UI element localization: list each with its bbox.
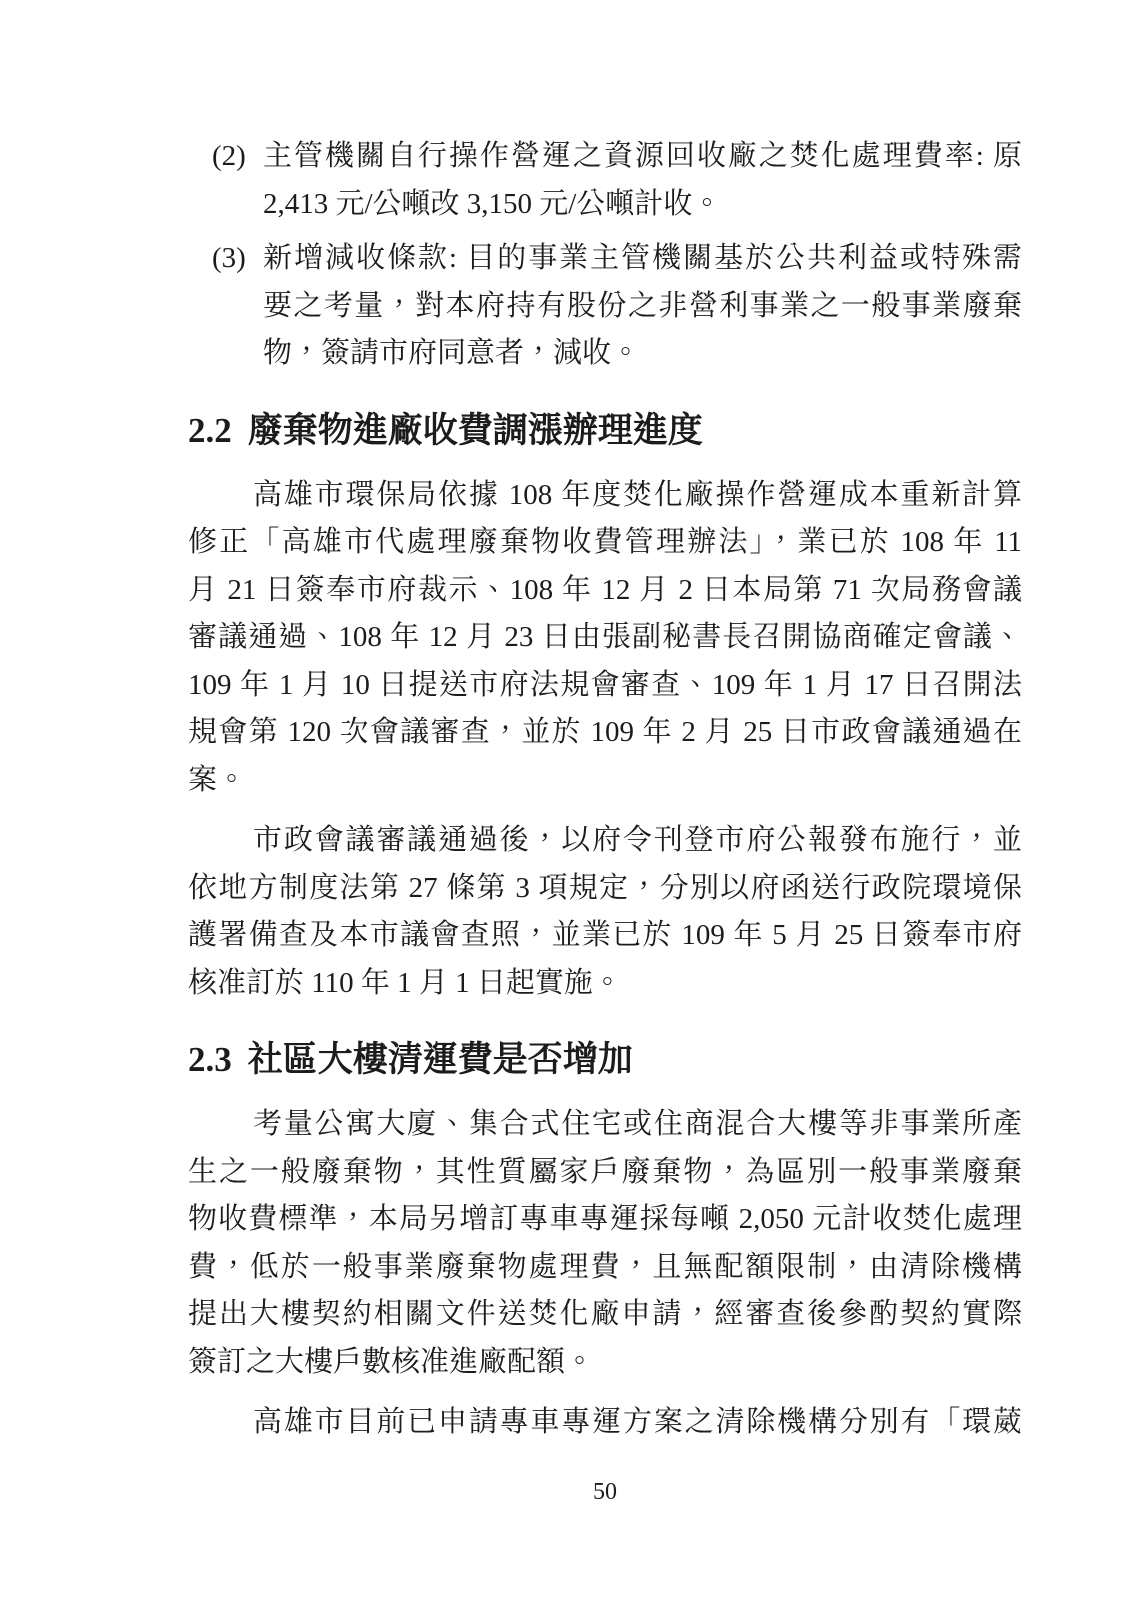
heading-number: 2.2 <box>188 411 232 450</box>
paragraph-line: 護署備查及本市議會查照，並業已於 109 年 5 月 25 日簽奉市府 <box>188 912 1022 960</box>
list-item-line: 2,413 元/公噸改 3,150 元/公噸計收。 <box>263 181 1022 229</box>
paragraph-line: 市政會議審議通過後，以府令刊登市府公報發布施行，並 <box>188 817 1022 865</box>
list-item-marker: (2) <box>212 133 246 181</box>
section-heading-2-3: 2.3社區大樓清運費是否增加 <box>188 1038 1022 1082</box>
paragraph-line: 提出大樓契約相關文件送焚化廠申請，經審查後參酌契約實際 <box>188 1291 1022 1339</box>
paragraph-line: 考量公寓大廈、集合式住宅或住商混合大樓等非事業所產 <box>188 1101 1022 1149</box>
heading-number: 2.3 <box>188 1040 232 1079</box>
paragraph-line: 審議通過、108 年 12 月 23 日由張副秘書長召開協商確定會議、 <box>188 614 1022 662</box>
paragraph-line: 物收費標準，本局另增訂專車專運採每噸 2,050 元計收焚化處理 <box>188 1196 1022 1244</box>
list-item-line: 要之考量，對本府持有股份之非營利事業之一般事業廢棄 <box>263 283 1022 331</box>
document-body: (2) 主管機關自行操作營運之資源回收廠之焚化處理費率: 原 2,413 元/公… <box>188 133 1022 1506</box>
paragraph-2-2-progress: 高雄市環保局依據 108 年度焚化廠操作營運成本重新計算 修正「高雄市代處理廢棄… <box>188 472 1022 805</box>
paragraph-line: 依地方制度法第 27 條第 3 項規定，分別以府函送行政院環境保 <box>188 865 1022 913</box>
list-item-line: 新增減收條款: 目的事業主管機關基於公共利益或特殊需 <box>263 235 1022 283</box>
page-number: 50 <box>188 1478 1022 1506</box>
list-item-2: (2) 主管機關自行操作營運之資源回收廠之焚化處理費率: 原 2,413 元/公… <box>188 133 1022 228</box>
paragraph-line: 案。 <box>188 757 1022 805</box>
paragraph-line: 核准訂於 110 年 1 月 1 日起實施。 <box>188 960 1022 1008</box>
numbered-list: (2) 主管機關自行操作營運之資源回收廠之焚化處理費率: 原 2,413 元/公… <box>188 133 1022 378</box>
paragraph-2-3-community-fee: 考量公寓大廈、集合式住宅或住商混合大樓等非事業所產 生之一般廢棄物，其性質屬家戶… <box>188 1101 1022 1386</box>
heading-title: 廢棄物進廠收費調漲辦理進度 <box>248 411 703 450</box>
list-item-3: (3) 新增減收條款: 目的事業主管機關基於公共利益或特殊需 要之考量，對本府持… <box>188 235 1022 378</box>
list-item-line: 物，簽請市府同意者，減收。 <box>263 330 1022 378</box>
paragraph-line: 規會第 120 次會議審查，並於 109 年 2 月 25 日市政會議通過在 <box>188 709 1022 757</box>
paragraph-line: 月 21 日簽奉市府裁示、108 年 12 月 2 日本局第 71 次局務會議 <box>188 567 1022 615</box>
paragraph-line: 109 年 1 月 10 日提送市府法規會審查、109 年 1 月 17 日召開… <box>188 662 1022 710</box>
paragraph-2-3-applicants: 高雄市目前已申請專車專運方案之清除機構分別有「環葳 <box>188 1399 1022 1447</box>
paragraph-line: 修正「高雄市代處理廢棄物收費管理辦法」，業已於 108 年 11 <box>188 519 1022 567</box>
paragraph-line: 高雄市目前已申請專車專運方案之清除機構分別有「環葳 <box>188 1399 1022 1447</box>
section-heading-2-2: 2.2廢棄物進廠收費調漲辦理進度 <box>188 409 1022 453</box>
list-item-marker: (3) <box>212 235 246 283</box>
paragraph-line: 費，低於一般事業廢棄物處理費，且無配額限制，由清除機構 <box>188 1244 1022 1292</box>
heading-title: 社區大樓清運費是否增加 <box>248 1040 633 1079</box>
list-item-line: 主管機關自行操作營運之資源回收廠之焚化處理費率: 原 <box>263 133 1022 181</box>
paragraph-line: 生之一般廢棄物，其性質屬家戶廢棄物，為區別一般事業廢棄 <box>188 1149 1022 1197</box>
paragraph-2-2-implementation: 市政會議審議通過後，以府令刊登市府公報發布施行，並 依地方制度法第 27 條第 … <box>188 817 1022 1007</box>
paragraph-line: 高雄市環保局依據 108 年度焚化廠操作營運成本重新計算 <box>188 472 1022 520</box>
paragraph-line: 簽訂之大樓戶數核准進廠配額。 <box>188 1339 1022 1387</box>
document-page: (2) 主管機關自行操作營運之資源回收廠之焚化處理費率: 原 2,413 元/公… <box>0 0 1131 1600</box>
